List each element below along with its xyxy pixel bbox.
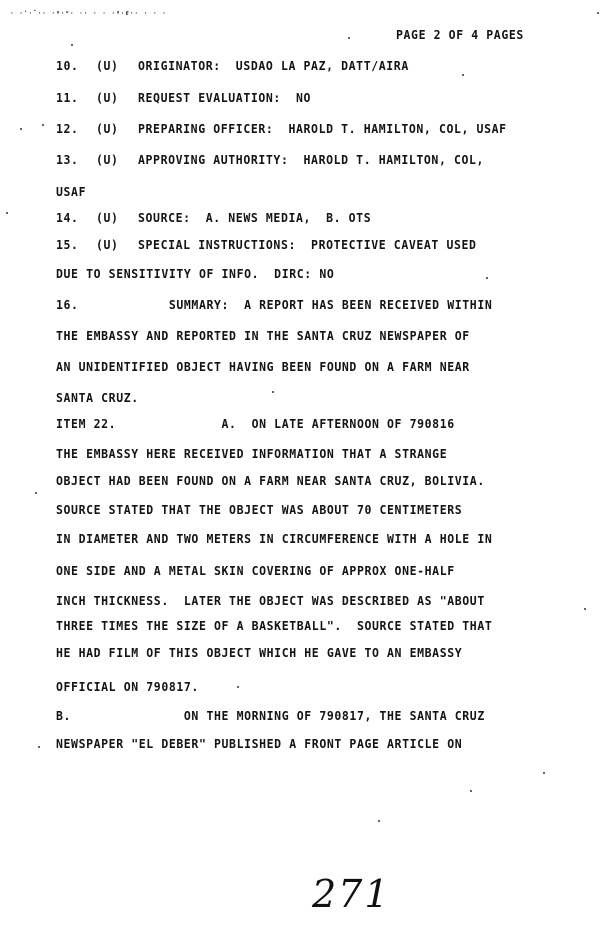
field-13: 13.(U)APPROVING AUTHORITY: HAROLD T. HAM…: [56, 152, 484, 167]
scan-speck: [42, 124, 44, 126]
classification-marking: (U): [96, 121, 138, 136]
scan-speck: [237, 686, 239, 688]
summary-line: SANTA CRUZ.: [56, 390, 139, 405]
item22-line: HE HAD FILM OF THIS OBJECT WHICH HE GAVE…: [56, 645, 462, 660]
scan-speck: [584, 608, 586, 610]
field-14: 14.(U)SOURCE: A. NEWS MEDIA, B. OTS: [56, 210, 371, 225]
summary-line: AN UNIDENTIFIED OBJECT HAVING BEEN FOUND…: [56, 359, 470, 374]
field-text: PREPARING OFFICER: HAROLD T. HAMILTON, C…: [138, 121, 507, 136]
summary-line: 16. SUMMARY: A REPORT HAS BEEN RECEIVED …: [56, 297, 492, 312]
scan-speck: [486, 277, 488, 279]
scan-speck: [543, 772, 545, 774]
field-number: 12.: [56, 121, 96, 136]
field-10: 10.(U)ORIGINATOR: USDAO LA PAZ, DATT/AIR…: [56, 58, 409, 73]
field-text: REQUEST EVALUATION: NO: [138, 90, 311, 105]
field-number: 11.: [56, 90, 96, 105]
scan-speck: [462, 74, 464, 76]
item22-line: OBJECT HAD BEEN FOUND ON A FARM NEAR SAN…: [56, 473, 485, 488]
classification-marking: (U): [96, 58, 138, 73]
header-noise: · ·'·ˆ·· ·ᵍ·ʷ· ·· · · ·ᵍ·ℓ·· · · ·: [10, 10, 167, 17]
document-page: · ·'·ˆ·· ·ᵍ·ʷ· ·· · · ·ᵍ·ℓ·· · · · PAGE …: [0, 0, 600, 935]
field-11: 11.(U)REQUEST EVALUATION: NO: [56, 90, 311, 105]
page-indicator: PAGE 2 OF 4 PAGES: [396, 27, 524, 42]
scan-speck: [597, 12, 599, 14]
item22-line: SOURCE STATED THAT THE OBJECT WAS ABOUT …: [56, 502, 462, 517]
scan-speck: [470, 790, 472, 792]
classification-marking: (U): [96, 237, 138, 252]
field-15-continuation: DUE TO SENSITIVITY OF INFO. DIRC: NO: [56, 266, 334, 281]
field-15: 15.(U)SPECIAL INSTRUCTIONS: PROTECTIVE C…: [56, 237, 477, 252]
handwritten-page-number: 271: [312, 872, 391, 916]
field-12: 12.(U)PREPARING OFFICER: HAROLD T. HAMIL…: [56, 121, 507, 136]
field-number: 13.: [56, 152, 96, 167]
scan-speck: [378, 820, 380, 822]
field-number: 15.: [56, 237, 96, 252]
field-13-continuation: USAF: [56, 184, 86, 199]
item22-line: OFFICIAL ON 790817.: [56, 679, 199, 694]
field-number: 14.: [56, 210, 96, 225]
item22-line: ONE SIDE AND A METAL SKIN COVERING OF AP…: [56, 563, 455, 578]
scan-speck: [348, 37, 350, 39]
field-text: SOURCE: A. NEWS MEDIA, B. OTS: [138, 210, 371, 225]
scan-speck: [272, 391, 274, 393]
classification-marking: (U): [96, 210, 138, 225]
scan-speck: [20, 128, 22, 130]
item22-line: NEWSPAPER "EL DEBER" PUBLISHED A FRONT P…: [56, 736, 462, 751]
field-text: ORIGINATOR: USDAO LA PAZ, DATT/AIRA: [138, 58, 409, 73]
item22-line: INCH THICKNESS. LATER THE OBJECT WAS DES…: [56, 593, 485, 608]
item22-line: ITEM 22. A. ON LATE AFTERNOON OF 790816: [56, 416, 455, 431]
scan-speck: [38, 746, 40, 748]
item22-line: THREE TIMES THE SIZE OF A BASKETBALL". S…: [56, 618, 492, 633]
item22-line: B. ON THE MORNING OF 790817, THE SANTA C…: [56, 708, 485, 723]
scan-speck: [6, 212, 8, 214]
field-text: SPECIAL INSTRUCTIONS: PROTECTIVE CAVEAT …: [138, 237, 477, 252]
classification-marking: (U): [96, 152, 138, 167]
classification-marking: (U): [96, 90, 138, 105]
scan-speck: [71, 44, 73, 46]
summary-line: THE EMBASSY AND REPORTED IN THE SANTA CR…: [56, 328, 470, 343]
item22-line: IN DIAMETER AND TWO METERS IN CIRCUMFERE…: [56, 531, 492, 546]
item22-line: THE EMBASSY HERE RECEIVED INFORMATION TH…: [56, 446, 447, 461]
field-number: 10.: [56, 58, 96, 73]
field-text: APPROVING AUTHORITY: HAROLD T. HAMILTON,…: [138, 152, 484, 167]
scan-speck: [35, 492, 37, 494]
